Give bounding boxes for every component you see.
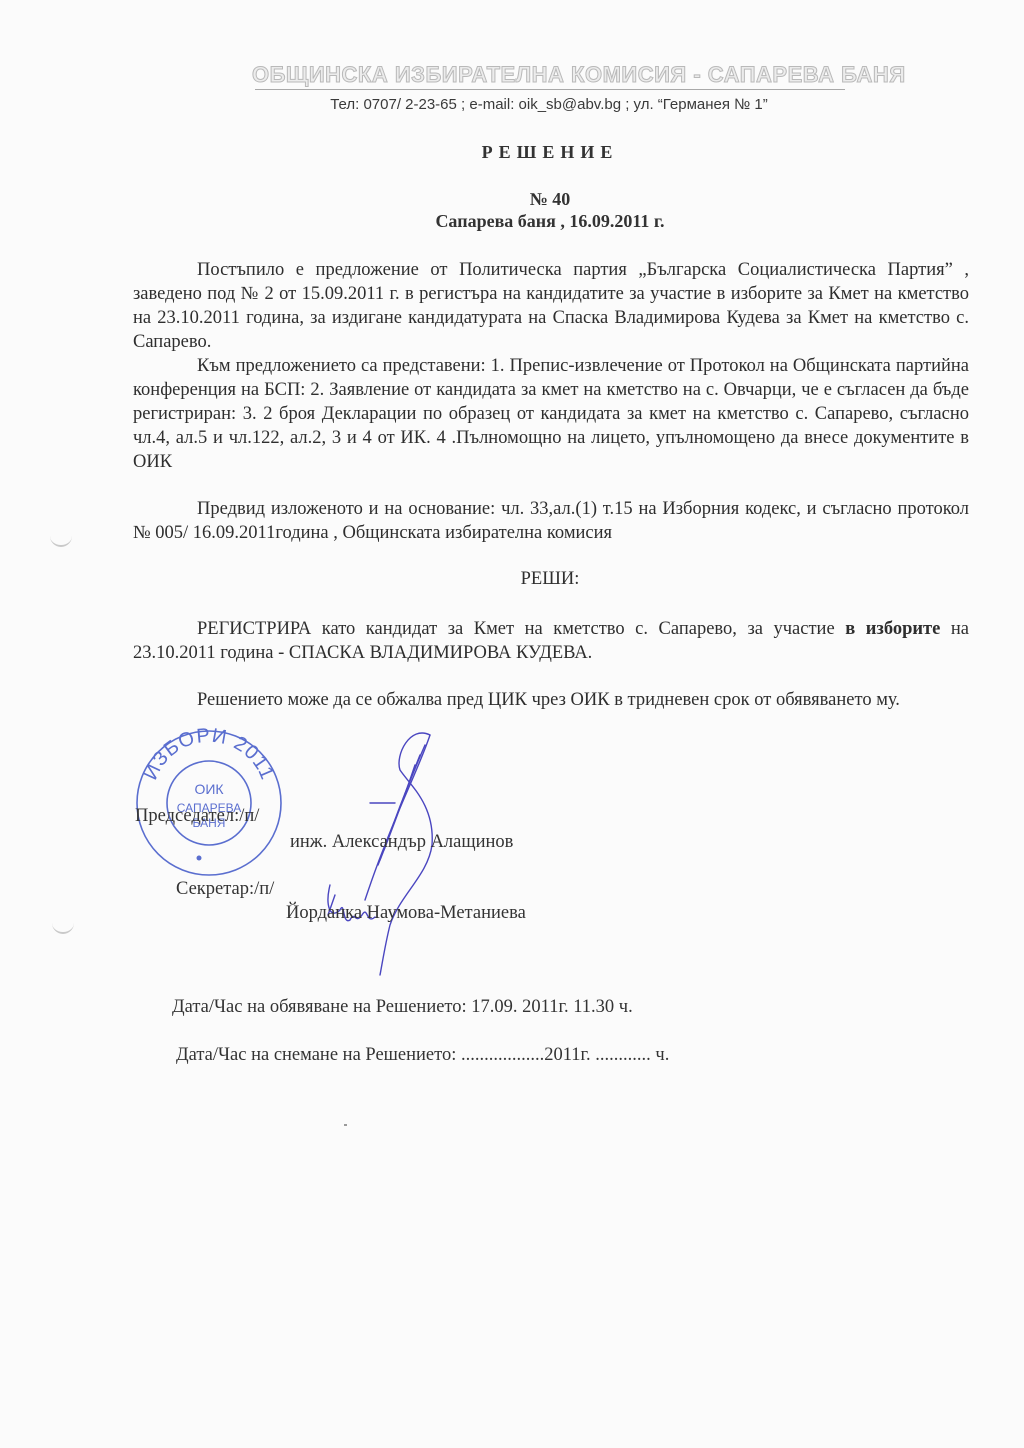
contact-info: Тел: 0707/ 2-23-65 ; e-mail: oik_sb@abv.… bbox=[252, 96, 846, 113]
decision-text-start: РЕГИСТРИРА като кандидат за Кмет на кмет… bbox=[197, 619, 845, 639]
paragraph-appeal: Решението може да се обжалва пред ЦИК чр… bbox=[133, 688, 969, 712]
place-and-date: Сапарева баня , 16.09.2011 г. bbox=[0, 211, 1024, 232]
paragraph-proposal: Постъпило е предложение от Политическа п… bbox=[133, 258, 969, 354]
punch-hole-mark bbox=[52, 922, 74, 934]
announcement-datetime: Дата/Час на обявяване на Решението: 17.0… bbox=[172, 997, 633, 1018]
punch-hole-mark bbox=[50, 535, 72, 547]
letterhead-divider bbox=[255, 89, 845, 90]
secretary-name: Йорданка Наумова-Метаниева bbox=[286, 903, 526, 924]
document-title: РЕШЕНИЕ bbox=[0, 142, 1024, 163]
decision-number: № 40 bbox=[0, 189, 1024, 210]
scan-speck bbox=[344, 1124, 347, 1126]
removal-datetime: Дата/Час на снемане на Решението: ......… bbox=[176, 1045, 669, 1066]
chair-label: Председател:/п/ bbox=[135, 806, 259, 827]
stamp-line-1: ОИК bbox=[194, 781, 224, 797]
paragraph-documents: Към предложението са представени: 1. Пре… bbox=[133, 354, 969, 474]
official-stamp: ИЗБОРИ 2011 ОИК САПАРЕВА БАНЯ bbox=[134, 728, 284, 878]
organization-name: ОБЩИНСКА ИЗБИРАТЕЛНА КОМИСИЯ - САПАРЕВА … bbox=[252, 62, 846, 88]
decides-heading: РЕШИ: bbox=[0, 569, 1024, 590]
chair-name: инж. Александър Алащинов bbox=[290, 832, 513, 853]
secretary-label: Секретар:/п/ bbox=[176, 879, 274, 900]
decision-text-bold: в изборите bbox=[845, 619, 940, 639]
paragraph-decision: РЕГИСТРИРА като кандидат за Кмет на кмет… bbox=[133, 617, 969, 665]
paragraph-legal-basis: Предвид изложеното и на основание: чл. 3… bbox=[133, 497, 969, 545]
stamp-ring-text: ИЗБОРИ 2011 bbox=[140, 728, 279, 783]
svg-text:ИЗБОРИ 2011: ИЗБОРИ 2011 bbox=[140, 728, 279, 783]
